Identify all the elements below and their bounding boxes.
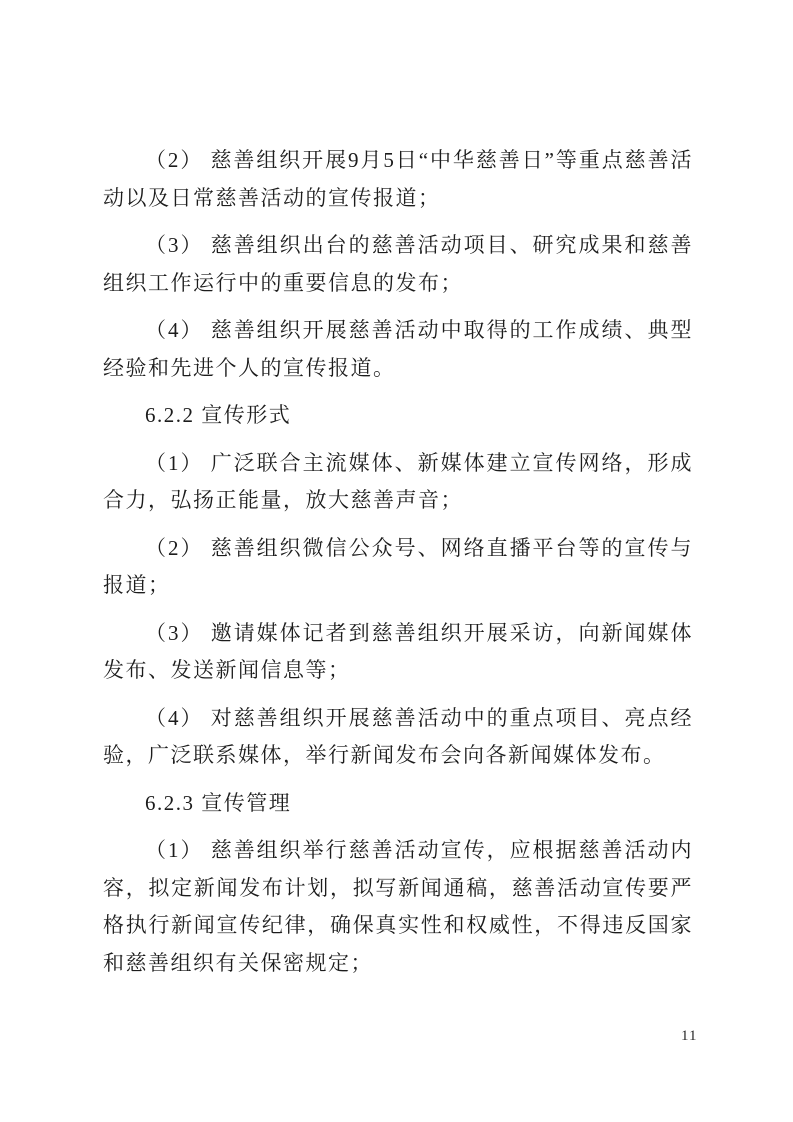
document-body: （2） 慈善组织开展9月5日“中华慈善日”等重点慈善活动以及日常慈善活动的宣传报… xyxy=(103,142,693,992)
paragraph-form-3: （3） 邀请媒体记者到慈善组织开展采访，向新闻媒体发布、发送新闻信息等； xyxy=(103,615,693,690)
paragraph-item-4: （4） 慈善组织开展慈善活动中取得的工作成绩、典型经验和先进个人的宣传报道。 xyxy=(103,312,693,387)
page-number: 11 xyxy=(681,1028,697,1045)
paragraph-form-2: （2） 慈善组织微信公众号、网络直播平台等的宣传与报道； xyxy=(103,530,693,605)
section-heading-6-2-2: 6.2.2 宣传形式 xyxy=(103,397,693,435)
paragraph-item-3: （3） 慈善组织出台的慈善活动项目、研究成果和慈善组织工作运行中的重要信息的发布… xyxy=(103,227,693,302)
paragraph-form-1: （1） 广泛联合主流媒体、新媒体建立宣传网络，形成合力，弘扬正能量，放大慈善声音… xyxy=(103,445,693,520)
document-page: （2） 慈善组织开展9月5日“中华慈善日”等重点慈善活动以及日常慈善活动的宣传报… xyxy=(0,0,793,1122)
paragraph-management-1: （1） 慈善组织举行慈善活动宣传，应根据慈善活动内容，拟定新闻发布计划，拟写新闻… xyxy=(103,832,693,982)
section-heading-6-2-3: 6.2.3 宣传管理 xyxy=(103,785,693,823)
paragraph-item-2: （2） 慈善组织开展9月5日“中华慈善日”等重点慈善活动以及日常慈善活动的宣传报… xyxy=(103,142,693,217)
paragraph-form-4: （4） 对慈善组织开展慈善活动中的重点项目、亮点经验，广泛联系媒体，举行新闻发布… xyxy=(103,700,693,775)
